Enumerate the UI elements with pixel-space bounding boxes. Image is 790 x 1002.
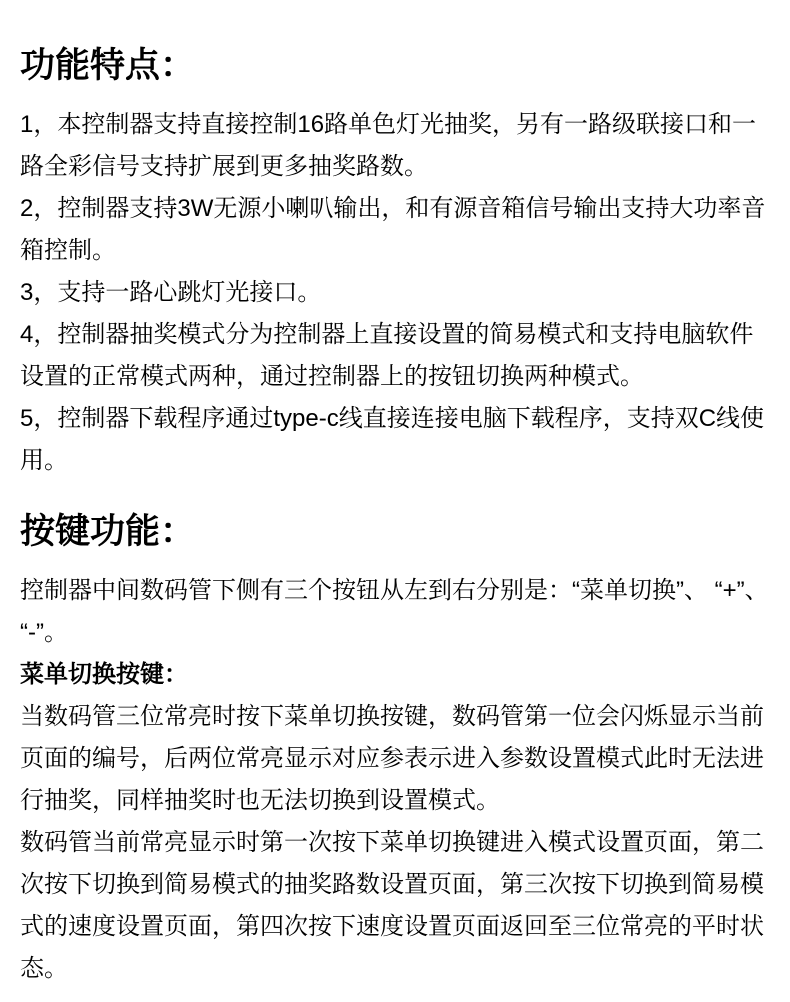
feature-item-5: 5，控制器下载程序通过type-c线直接连接电脑下载程序，支持双C线使用。: [20, 398, 770, 482]
feature-item-1: 1，本控制器支持直接控制16路单色灯光抽奖，另有一路级联接口和一路全彩信号支持扩…: [20, 104, 770, 188]
button-layout-description: 控制器中间数码管下侧有三个按钮从左到右分别是：“菜单切换”、 “+”、“-”。: [20, 570, 770, 654]
feature-item-4: 4，控制器抽奖模式分为控制器上直接设置的简易模式和支持电脑软件设置的正常模式两种…: [20, 314, 770, 398]
feature-item-2: 2，控制器支持3W无源小喇叭输出，和有源音箱信号输出支持大功率音箱控制。: [20, 188, 770, 272]
menu-switch-button-subheading: 菜单切换按键：: [20, 654, 770, 696]
product-description-page: 功能特点： 1，本控制器支持直接控制16路单色灯光抽奖，另有一路级联接口和一路全…: [0, 0, 790, 1002]
button-functions-heading: 按键功能：: [20, 510, 770, 554]
menu-switch-description-1: 当数码管三位常亮时按下菜单切换按键，数码管第一位会闪烁显示当前页面的编号，后两位…: [20, 696, 770, 822]
feature-item-3: 3，支持一路心跳灯光接口。: [20, 272, 770, 314]
features-heading: 功能特点：: [20, 44, 770, 88]
menu-switch-description-2: 数码管当前常亮显示时第一次按下菜单切换键进入模式设置页面，第二次按下切换到简易模…: [20, 822, 770, 990]
